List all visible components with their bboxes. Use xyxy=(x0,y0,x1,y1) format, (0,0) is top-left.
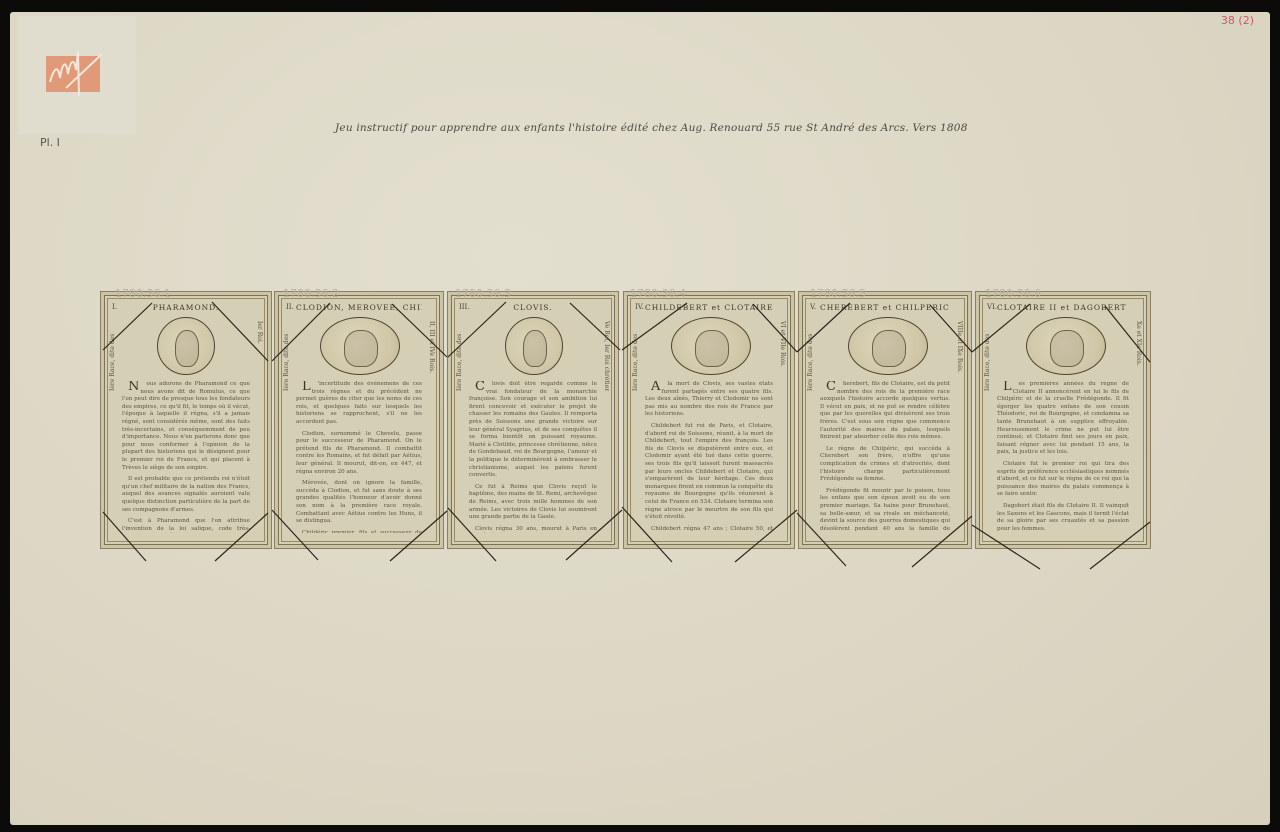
pencil-number: 1780.36.5 xyxy=(810,287,866,300)
card-number: V. xyxy=(810,303,816,311)
card-side-text-left: Ière Race, dite des Mérovingiens. xyxy=(807,331,821,391)
card-number: VI. xyxy=(987,303,997,311)
portrait-medallion-icon xyxy=(157,317,215,375)
portrait-medallion-icon xyxy=(505,317,563,375)
drop-cap: L xyxy=(296,381,311,393)
paragraph: Dagobert était fils de Clotaire II. Il v… xyxy=(997,503,1129,533)
card-side-text-right: II, III et IVe Rois. xyxy=(423,321,435,391)
stamp-area xyxy=(18,16,136,134)
card-side-text-left: Ière Race, dite des Mérovingiens. xyxy=(984,331,998,391)
card-side-text-left: Ière Race, dite des Mérovingiens. xyxy=(109,331,123,391)
paragraph: 'incertitude des événemens de ces trois … xyxy=(296,381,422,425)
card-frame: V. CHEREBERT et CHILPERIC. Ière Race, di… xyxy=(805,298,965,542)
card-number: III. xyxy=(459,303,470,311)
pencil-number: 1780.36.3 xyxy=(455,287,511,300)
paragraph: la mort de Clovis, ses vastes états fure… xyxy=(645,381,773,417)
portrait-medallion-icon xyxy=(848,317,928,375)
card-side-text-right: VIIIe et IXe Rois. xyxy=(951,321,963,391)
paragraph: Childebert régna 47 ans ; Clotaire 50, e… xyxy=(645,526,773,533)
drop-cap: N xyxy=(122,381,139,393)
card-body-text: Clovis doit être regardé comme le vrai f… xyxy=(469,381,597,533)
portrait-medallion-icon xyxy=(671,317,751,375)
drop-cap: C xyxy=(820,381,836,393)
card-body-text: Cherebert, fils de Clotaire, est du peti… xyxy=(820,381,950,533)
paragraph: Clotaire fut le premier roi qui tira des… xyxy=(997,461,1129,499)
card-number: I. xyxy=(112,303,117,311)
card-frame: VI. CLOTAIRE II et DAGOBERT Ier. Ière Ra… xyxy=(982,298,1144,542)
playing-card: I. PHARAMOND. Ière Race, dite des Mérovi… xyxy=(100,291,272,549)
paragraph: C'est à Pharamond que l'on attribue l'in… xyxy=(122,518,250,533)
card-frame: IV. CHILDEBERT et CLOTAIRE. Ière Race, d… xyxy=(630,298,788,542)
playing-card: VI. CLOTAIRE II et DAGOBERT Ier. Ière Ra… xyxy=(975,291,1151,549)
reference-number: 38 (2) xyxy=(1221,14,1254,27)
card-title: CLOTAIRE II et DAGOBERT Ier. xyxy=(997,303,1129,312)
card-side-text-right: Xe et XIe Rois. xyxy=(1130,321,1142,391)
card-frame: I. PHARAMOND. Ière Race, dite des Mérovi… xyxy=(107,298,265,542)
card-side-text-left: Ière Race, dite des Mérovingiens. xyxy=(456,331,470,391)
playing-card: II. CLODION, MEROVEE, CHILDERIC Ier. Ièr… xyxy=(274,291,444,549)
card-title: CLOVIS. xyxy=(469,303,597,312)
collector-stamp-icon xyxy=(46,56,100,92)
card-body-text: A la mort de Clovis, ses vastes états fu… xyxy=(645,381,773,533)
pencil-number: 1780.36.6 xyxy=(985,287,1041,300)
card-title: CHEREBERT et CHILPERIC. xyxy=(820,303,950,312)
card-side-text-right: VI et VIIe Rois. xyxy=(774,321,786,391)
card-side-text-right: Ve Roi, Ier Roi chrétien. xyxy=(598,321,610,391)
card-title: CHILDEBERT et CLOTAIRE. xyxy=(645,303,773,312)
paragraph: lovis doit être regardé comme le vrai fo… xyxy=(469,381,597,478)
portrait-medallion-icon xyxy=(1026,317,1106,375)
playing-card: V. CHEREBERT et CHILPERIC. Ière Race, di… xyxy=(798,291,972,549)
card-number: II. xyxy=(286,303,294,311)
drop-cap: A xyxy=(645,381,660,393)
card-title: PHARAMOND. xyxy=(122,303,250,312)
card-body-text: Nous adorons de Pharamond ce que nous av… xyxy=(122,381,250,533)
playing-card: IV. CHILDEBERT et CLOTAIRE. Ière Race, d… xyxy=(623,291,795,549)
portrait-medallion-icon xyxy=(320,317,400,375)
card-number: IV. xyxy=(635,303,644,311)
paragraph: Ce fut à Reims que Clovis reçut le baptê… xyxy=(469,484,597,522)
paragraph: Mérovée, dont on ignore la famille, succ… xyxy=(296,480,422,526)
paragraph: Le règne de Chilpéric, qui succéda à Che… xyxy=(820,446,950,484)
pencil-number: 1780.36.2 xyxy=(283,287,339,300)
card-body-text: Les premières années du règne de Clotair… xyxy=(997,381,1129,533)
card-body-text: L'incertitude des événemens de ces trois… xyxy=(296,381,422,533)
card-side-text-right: Ier Roi. xyxy=(251,321,263,391)
drop-cap: L xyxy=(997,381,1012,393)
pencil-number: 1780.36.1 xyxy=(115,287,171,300)
paragraph: es premières années du règne de Clotaire… xyxy=(997,381,1129,455)
paragraph: Il est probable que ce prétendu roi n'ét… xyxy=(122,476,250,514)
card-frame: III. CLOVIS. Ière Race, dite des Mérovin… xyxy=(454,298,612,542)
plate-label: Pl. I xyxy=(40,136,60,149)
card-title: CLODION, MEROVEE, CHILDERIC Ier. xyxy=(296,303,422,312)
drop-cap: C xyxy=(469,381,485,393)
paragraph: herebert, fils de Clotaire, est du petit… xyxy=(820,381,950,440)
handwritten-caption: Jeu instructif pour apprendre aux enfant… xyxy=(335,122,968,134)
card-frame: II. CLODION, MEROVEE, CHILDERIC Ier. Ièr… xyxy=(281,298,437,542)
paragraph: Childéric premier, fils et successeur de… xyxy=(296,530,422,533)
paragraph: Childebert fut roi de Paris, et Clotaire… xyxy=(645,423,773,522)
pencil-number: 1780.36.4 xyxy=(630,287,686,300)
paragraph: Frédégonde fit mourir par le poison, tou… xyxy=(820,488,950,533)
card-side-text-left: Ière Race, dite des Mérovingiens. xyxy=(283,331,297,391)
playing-card: III. CLOVIS. Ière Race, dite des Mérovin… xyxy=(447,291,619,549)
paragraph: Clovis régna 30 ans, mourut à Paris en 5… xyxy=(469,526,597,533)
paragraph: ous adorons de Pharamond ce que nous avo… xyxy=(122,381,250,471)
paragraph: Clodion, surnommé le Chevelu, passe pour… xyxy=(296,431,422,477)
card-side-text-left: Ière Race, dite des Mérovingiens. xyxy=(632,331,646,391)
